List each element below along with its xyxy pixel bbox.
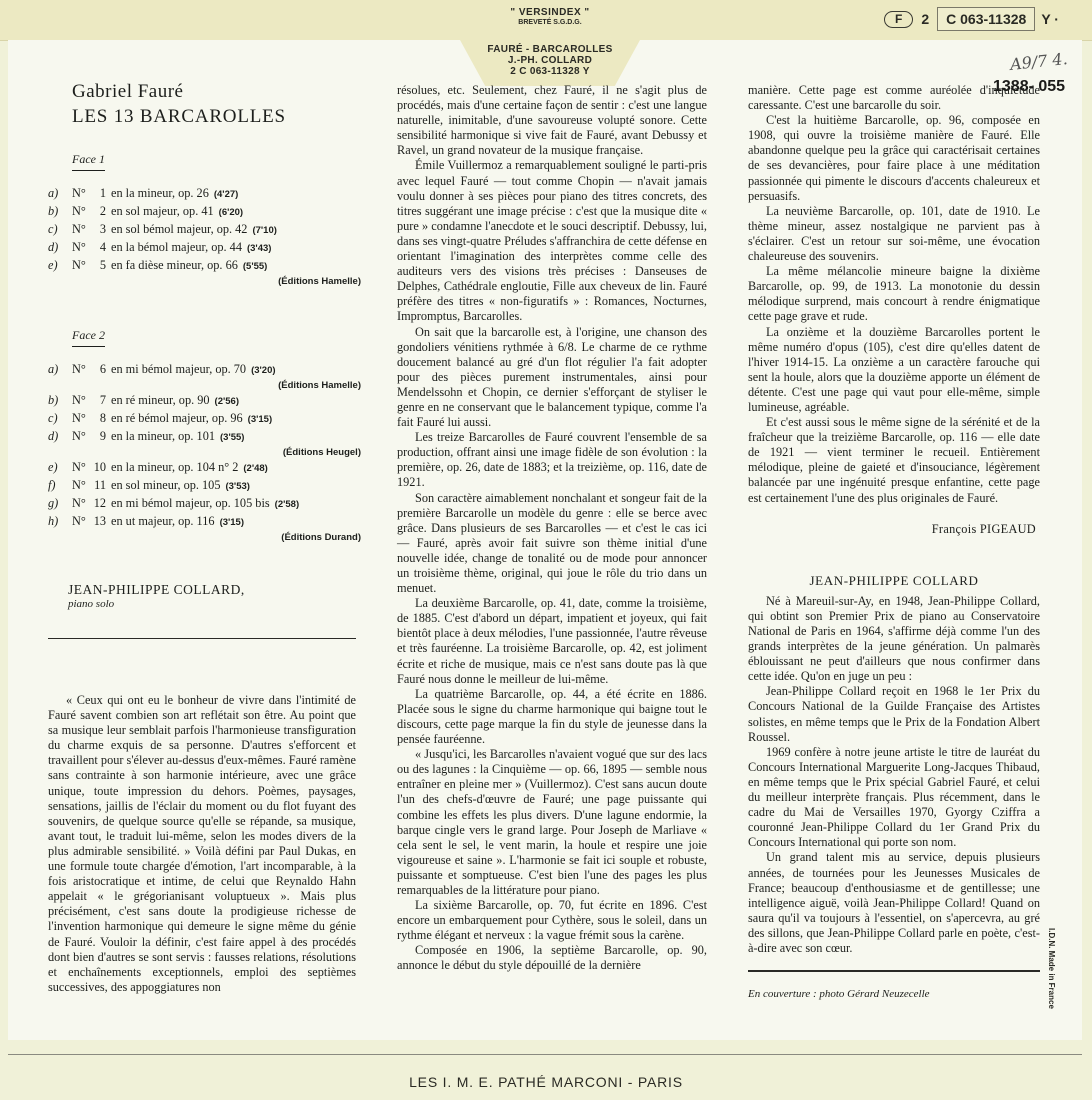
side-label: Face 1 xyxy=(72,152,105,171)
track-no-label: N° xyxy=(72,361,92,379)
track-no-label: N° xyxy=(72,392,92,410)
track-description: en mi bémol majeur, op. 70 xyxy=(111,361,246,379)
track-duration: (3'53) xyxy=(225,477,249,495)
track-duration: (2'58) xyxy=(275,495,299,513)
track-letter: b) xyxy=(48,203,72,221)
versindex-line-1: " VERSINDEX " xyxy=(470,8,630,18)
biography-title: JEAN-PHILIPPE COLLARD xyxy=(748,573,1040,588)
track-letter: d) xyxy=(48,428,72,446)
track-number: 6 xyxy=(92,361,106,379)
track-duration: (3'55) xyxy=(220,428,244,446)
track-row: d)N°9en la mineur, op. 101(3'55) xyxy=(48,428,357,446)
track-description: en sol mineur, op. 105 xyxy=(111,477,220,495)
instrument: piano solo xyxy=(68,597,357,612)
track-duration: (6'20) xyxy=(219,203,243,221)
sides: Face 1a)N°1en la mineur, op. 26(4'27)b)N… xyxy=(72,152,357,544)
track-letter: a) xyxy=(48,185,72,203)
side-label: Face 2 xyxy=(72,328,105,347)
track-row: b)N°7en ré mineur, op. 90(2'56) xyxy=(48,392,357,410)
disc-count: 2 xyxy=(921,11,929,27)
track-row: a)N°1en la mineur, op. 26(4'27) xyxy=(48,185,357,203)
track-no-label: N° xyxy=(72,239,92,257)
track-duration: (3'15) xyxy=(220,513,244,531)
catalog-number: C 063-11328 xyxy=(937,7,1035,31)
track-no-label: N° xyxy=(72,221,92,239)
composer-name: Gabriel Fauré xyxy=(72,84,357,99)
track-description: en ré mineur, op. 90 xyxy=(111,392,210,410)
quote-paragraph: « Ceux qui ont eu le bonheur de vivre da… xyxy=(48,693,356,995)
track-number: 2 xyxy=(92,203,106,221)
paragraph: Les treize Barcarolles de Fauré couvrent… xyxy=(397,430,707,490)
paragraph: Son caractère aimablement nonchalant et … xyxy=(397,491,707,597)
track-row: a)N°6en mi bémol majeur, op. 70(3'20) xyxy=(48,361,357,379)
track-number: 9 xyxy=(92,428,106,446)
track-description: en la bémol majeur, op. 44 xyxy=(111,239,242,257)
track-letter: f) xyxy=(48,477,72,495)
track-description: en mi bémol majeur, op. 105 bis xyxy=(111,495,270,513)
track-no-label: N° xyxy=(72,513,92,531)
track-letter: h) xyxy=(48,513,72,531)
spine-line-2: J.-PH. COLLARD xyxy=(470,55,630,66)
paragraph: C'est la huitième Barcarolle, op. 96, co… xyxy=(748,113,1040,204)
track-row: e)N°5en fa dièse mineur, op. 66(5'55) xyxy=(48,257,357,275)
track-number: 10 xyxy=(92,459,106,477)
paragraph: On sait que la barcarolle est, à l'origi… xyxy=(397,325,707,431)
track-list: a)N°1en la mineur, op. 26(4'27)b)N°2en s… xyxy=(48,185,357,288)
track-number: 7 xyxy=(92,392,106,410)
track-row: c)N°8en ré bémol majeur, op. 96(3'15) xyxy=(48,410,357,428)
track-description: en ré bémol majeur, op. 96 xyxy=(111,410,243,428)
track-duration: (2'48) xyxy=(243,459,267,477)
track-row: c)N°3en sol bémol majeur, op. 42(7'10) xyxy=(48,221,357,239)
track-number: 8 xyxy=(92,410,106,428)
track-number: 5 xyxy=(92,257,106,275)
track-letter: c) xyxy=(48,410,72,428)
track-row: b)N°2en sol majeur, op. 41(6'20) xyxy=(48,203,357,221)
track-description: en ut majeur, op. 116 xyxy=(111,513,215,531)
track-row: f)N°11en sol mineur, op. 105(3'53) xyxy=(48,477,357,495)
spine-line-1: FAURÉ - BARCAROLLES xyxy=(470,44,630,55)
track-duration: (3'20) xyxy=(251,361,275,379)
track-no-label: N° xyxy=(72,203,92,221)
format-badge: F xyxy=(884,11,913,28)
track-number: 3 xyxy=(92,221,106,239)
track-no-label: N° xyxy=(72,410,92,428)
liner-notes-column-3: manière. Cette page est comme auréolée d… xyxy=(748,83,1040,956)
versindex-mark: " VERSINDEX " BREVETÉ S.G.D.G. xyxy=(470,8,630,28)
track-description: en la mineur, op. 104 n° 2 xyxy=(111,459,238,477)
paragraph: Émile Vuillermoz a remarquablement souli… xyxy=(397,158,707,324)
bottom-fold-line xyxy=(8,1054,1082,1055)
track-number: 11 xyxy=(92,477,106,495)
track-row: h)N°13en ut majeur, op. 116(3'15) xyxy=(48,513,357,531)
track-letter: e) xyxy=(48,257,72,275)
track-row: g)N°12en mi bémol majeur, op. 105 bis(2'… xyxy=(48,495,357,513)
publisher-credit: (Éditions Hamelle) xyxy=(48,275,361,288)
divider-rule-right xyxy=(748,970,1040,972)
track-description: en sol majeur, op. 41 xyxy=(111,203,214,221)
publisher-credit: (Éditions Hamelle) xyxy=(48,379,361,392)
track-number: 13 xyxy=(92,513,106,531)
paragraph: manière. Cette page est comme auréolée d… xyxy=(748,83,1040,113)
track-row: d)N°4en la bémol majeur, op. 44(3'43) xyxy=(48,239,357,257)
track-letter: g) xyxy=(48,495,72,513)
paragraph: 1969 confère à notre jeune artiste le ti… xyxy=(748,745,1040,851)
track-description: en sol bémol majeur, op. 42 xyxy=(111,221,247,239)
paragraph: Né à Mareuil-sur-Ay, en 1948, Jean-Phili… xyxy=(748,594,1040,685)
spine-line-3: 2 C 063-11328 Y xyxy=(470,66,630,77)
track-number: 1 xyxy=(92,185,106,203)
paragraph: La onzième et la douzième Barcarolles po… xyxy=(748,325,1040,416)
paragraph: Jean-Philippe Collard reçoit en 1968 le … xyxy=(748,684,1040,744)
track-description: en fa dièse mineur, op. 66 xyxy=(111,257,238,275)
paragraph: La quatrième Barcarolle, op. 44, a été é… xyxy=(397,687,707,747)
catalog-suffix: Y · xyxy=(1041,11,1059,27)
track-no-label: N° xyxy=(72,495,92,513)
track-letter: b) xyxy=(48,392,72,410)
track-no-label: N° xyxy=(72,477,92,495)
track-no-label: N° xyxy=(72,428,92,446)
divider-rule xyxy=(48,638,356,639)
paragraph: résolues, etc. Seulement, chez Fauré, il… xyxy=(397,83,707,158)
publisher-credit: (Éditions Durand) xyxy=(48,531,361,544)
track-letter: a) xyxy=(48,361,72,379)
paragraph: La même mélancolie mineure baigne la dix… xyxy=(748,264,1040,324)
track-row: e)N°10en la mineur, op. 104 n° 2(2'48) xyxy=(48,459,357,477)
track-no-label: N° xyxy=(72,257,92,275)
paragraph: Composée en 1906, la septième Barcarolle… xyxy=(397,943,707,973)
track-description: en la mineur, op. 101 xyxy=(111,428,215,446)
track-number: 12 xyxy=(92,495,106,513)
author-signature: François PIGEAUD xyxy=(748,522,1040,537)
track-no-label: N° xyxy=(72,185,92,203)
versindex-line-2: BREVETÉ S.G.D.G. xyxy=(470,18,630,28)
record-label: LES I. M. E. PATHÉ MARCONI - PARIS xyxy=(0,1074,1092,1090)
cover-photo-credit: En couverture : photo Gérard Neuzecelle xyxy=(748,988,930,1000)
track-no-label: N° xyxy=(72,459,92,477)
track-duration: (5'55) xyxy=(243,257,267,275)
paragraph: La sixième Barcarolle, op. 70, fut écrit… xyxy=(397,898,707,943)
paragraph: Et c'est aussi sous le même signe de la … xyxy=(748,415,1040,506)
track-number: 4 xyxy=(92,239,106,257)
track-letter: d) xyxy=(48,239,72,257)
album-title: LES 13 BARCAROLLES xyxy=(72,109,357,124)
printer-mark: I.D.N. Made in France xyxy=(1047,928,1056,1009)
paragraph: La neuvième Barcarolle, op. 101, date de… xyxy=(748,204,1040,264)
track-duration: (3'15) xyxy=(248,410,272,428)
tracklist-column: Gabriel Fauré LES 13 BARCAROLLES Face 1a… xyxy=(72,84,357,613)
track-letter: e) xyxy=(48,459,72,477)
performer-name: JEAN-PHILIPPE COLLARD, xyxy=(68,582,357,597)
track-duration: (3'43) xyxy=(247,239,271,257)
catalog-block: F 2 C 063-11328 Y · xyxy=(884,6,1059,32)
paragraph: Un grand talent mis au service, depuis p… xyxy=(748,850,1040,956)
paragraph: La deuxième Barcarolle, op. 41, date, co… xyxy=(397,596,707,687)
paragraph: « Jusqu'ici, les Barcarolles n'avaient v… xyxy=(397,747,707,898)
track-description: en la mineur, op. 26 xyxy=(111,185,209,203)
track-duration: (7'10) xyxy=(252,221,276,239)
publisher-credit: (Éditions Heugel) xyxy=(48,446,361,459)
spine-text: FAURÉ - BARCAROLLES J.-PH. COLLARD 2 C 0… xyxy=(470,44,630,77)
liner-notes-intro: « Ceux qui ont eu le bonheur de vivre da… xyxy=(48,693,356,995)
track-list: a)N°6en mi bémol majeur, op. 70(3'20)(Éd… xyxy=(48,361,357,544)
track-duration: (4'27) xyxy=(214,185,238,203)
track-letter: c) xyxy=(48,221,72,239)
liner-notes-column-2: résolues, etc. Seulement, chez Fauré, il… xyxy=(397,83,707,974)
track-duration: (2'56) xyxy=(215,392,239,410)
